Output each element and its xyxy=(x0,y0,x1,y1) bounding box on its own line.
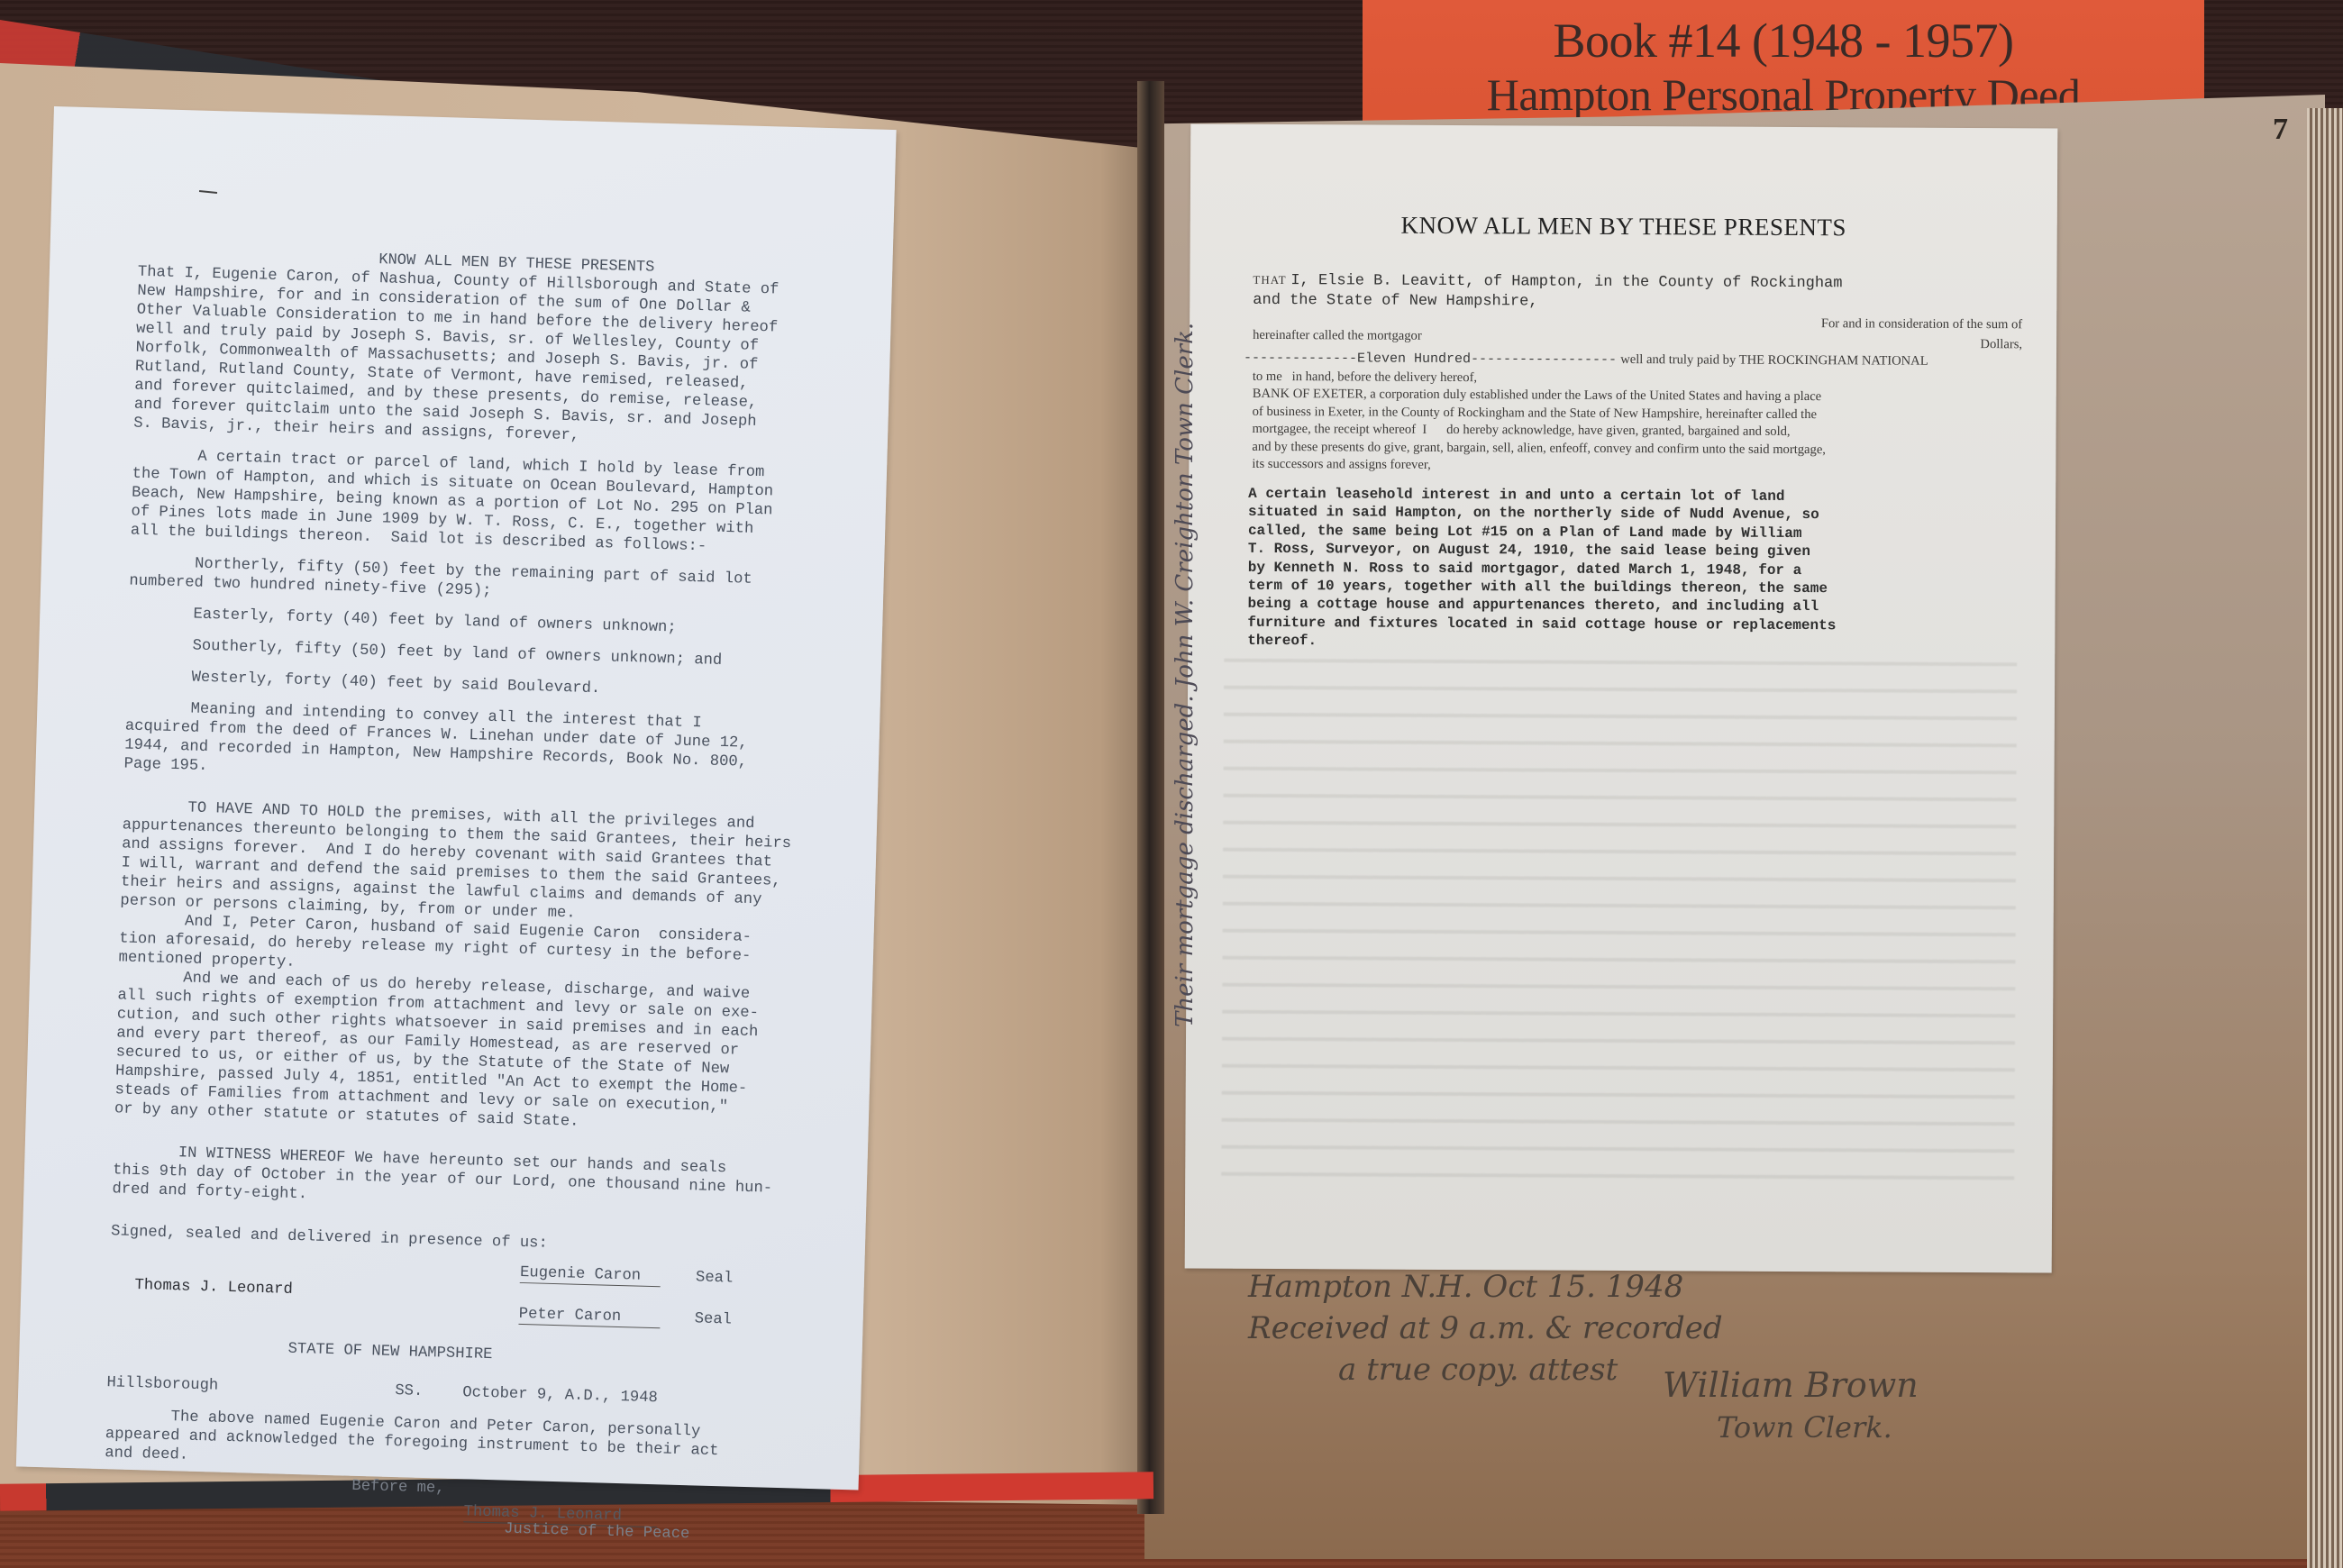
justice-title: Justice of the Peace xyxy=(504,1520,690,1545)
text-line: its successors and assigns forever, xyxy=(1252,456,2045,478)
to-me: to me xyxy=(1253,369,1282,384)
signature-eugenie-caron: Eugenie Caron xyxy=(520,1263,661,1287)
that-label: THAT xyxy=(1253,273,1286,287)
seal-1: Seal xyxy=(696,1268,734,1288)
quitclaim-deed-document: KNOW ALL MEN BY THESE PRESENTS That I, E… xyxy=(16,106,897,1491)
reverse-print-show-through xyxy=(1221,643,2017,1188)
consideration-text: For and in consideration of the sum of xyxy=(1821,316,2022,333)
ss-mark: SS. xyxy=(395,1381,424,1401)
clerk-title: Town Clerk. xyxy=(1717,1410,1892,1445)
printed-mortgage-clauses: BANK OF EXETER, a corporation duly estab… xyxy=(1252,386,2045,478)
seal-2: Seal xyxy=(694,1309,732,1329)
deed-bounds: Northerly, fifty (50) feet by the remain… xyxy=(126,553,851,706)
deed-paragraph-habendum: TO HAVE AND TO HOLD the premises, with a… xyxy=(114,797,844,1138)
clerk-recording-note: Hampton N.H. Oct 15. 1948 Received at 9 … xyxy=(1248,1266,1723,1390)
paid-by-text: well and truly paid by THE ROCKINGHAM NA… xyxy=(1620,352,1928,369)
in-hand-text: in hand, before the delivery hereof, xyxy=(1292,369,1478,385)
bound-line: Southerly, fifty (50) feet by land of ow… xyxy=(127,635,848,674)
hereinafter-mortgagor: hereinafter called the mortgagor xyxy=(1253,328,1422,344)
signature-peter-caron: Peter Caron xyxy=(518,1305,661,1328)
bound-line: Easterly, forty (40) feet by land of own… xyxy=(128,604,849,643)
book-gutter xyxy=(1137,81,1164,1514)
dollars-label: Dollars, xyxy=(1980,337,2022,352)
clerk-note-line-2: Received at 9 a.m. & recorded xyxy=(1248,1308,1723,1349)
page-edges xyxy=(2307,108,2343,1568)
label-title: Book #14 (1948 - 1957) xyxy=(1363,16,2204,65)
acknowledgment-date: October 9, A.D., 1948 xyxy=(462,1383,658,1408)
mortgage-deed-document: KNOW ALL MEN BY THESE PRESENTS THAT I, E… xyxy=(1185,123,2058,1272)
deed-paragraph-grant: That I, Eugenie Caron, of Nashua, County… xyxy=(133,263,859,453)
witness-name: Thomas J. Leonard xyxy=(134,1276,293,1299)
county-name: Hillsborough xyxy=(106,1373,218,1395)
mortgage-amount: --------------Eleven Hundred------------… xyxy=(1244,351,1617,368)
margin-discharge-note: Their mortgage discharged. John W. Creig… xyxy=(1171,323,1199,1027)
clerk-signature: William Brown xyxy=(1663,1365,1919,1405)
clerk-note-line-1: Hampton N.H. Oct 15. 1948 xyxy=(1248,1266,1723,1308)
deed-paragraph-land: A certain tract or parcel of land, which… xyxy=(131,446,854,561)
grantor-line-2: and the State of New Hampshire, xyxy=(1253,292,1537,311)
page-number: 7 xyxy=(2273,113,2288,147)
grantor-line-1: I, Elsie B. Leavitt, of Hampton, in the … xyxy=(1290,272,1842,292)
property-description: A certain leasehold interest in and unto… xyxy=(1247,485,2059,654)
mortgage-title: KNOW ALL MEN BY THESE PRESENTS xyxy=(1190,210,2057,242)
